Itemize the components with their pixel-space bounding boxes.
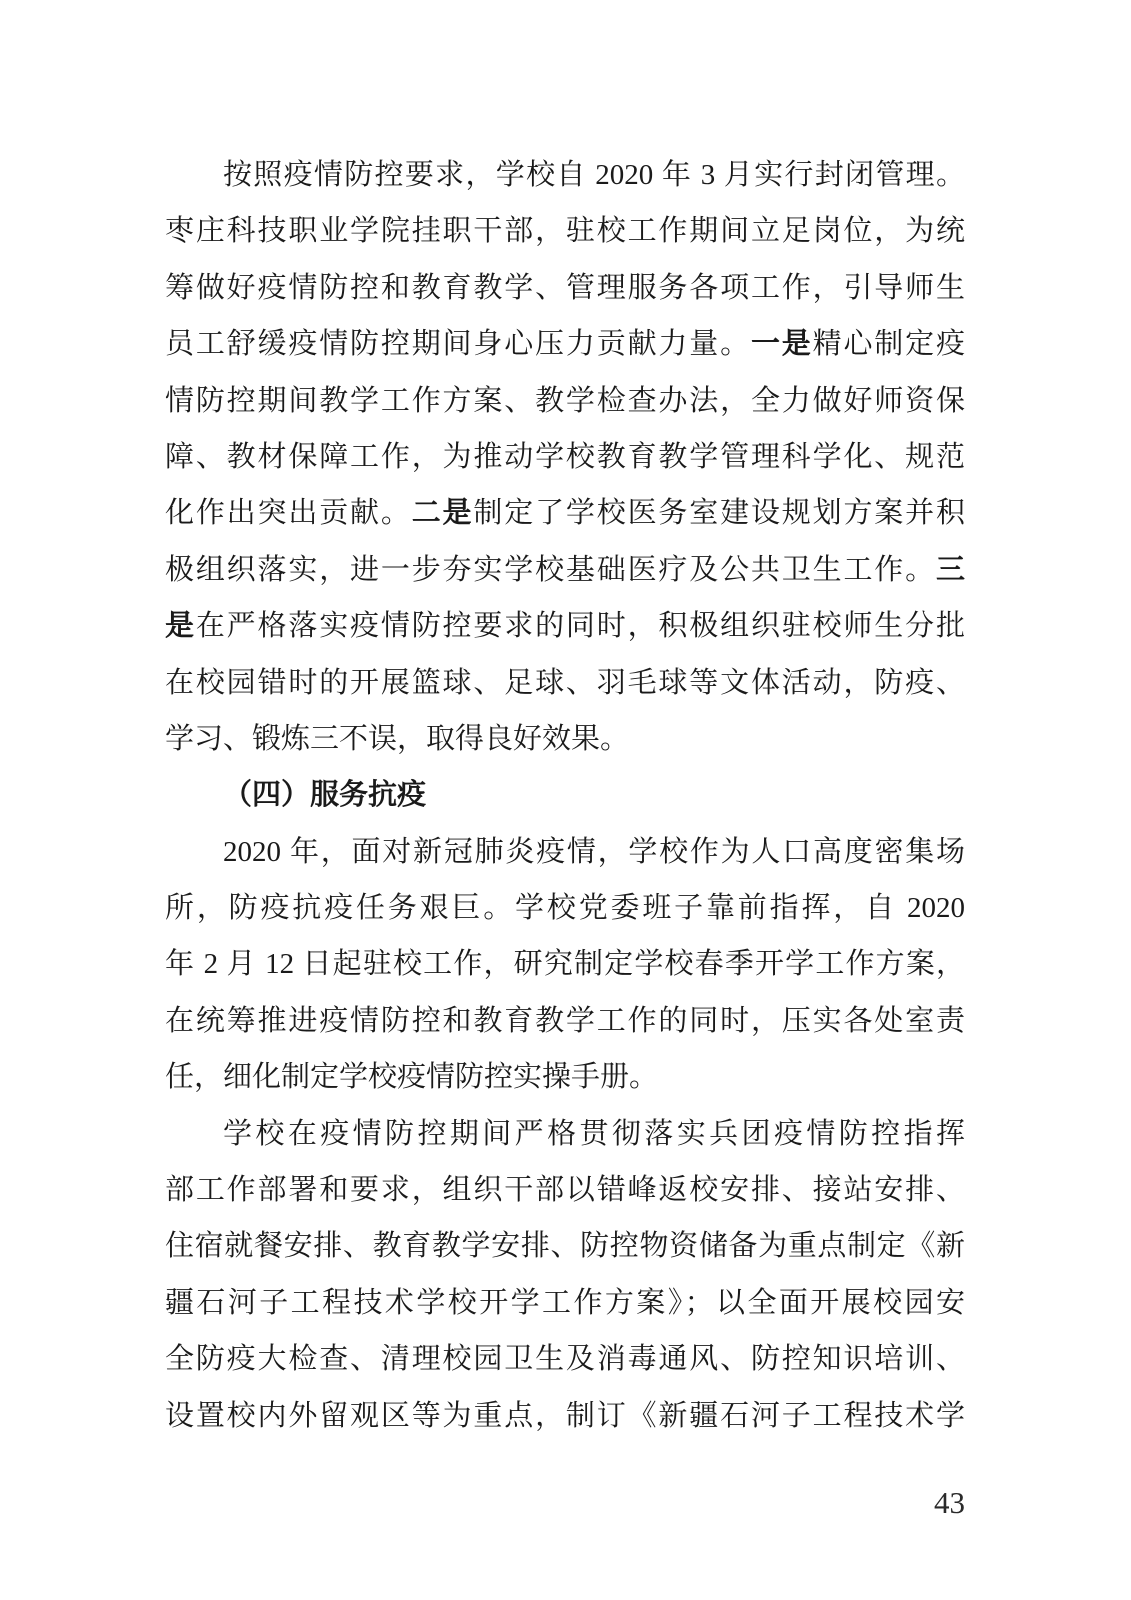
text-segment: 2020 年，面对新冠肺炎疫情，学校作为人口高度密集场 <box>223 836 965 868</box>
text-segment: 情防控期间教学工作方案、教学检查办法，全力做好师资保 <box>165 385 965 417</box>
document-content: 按照疫情防控要求，学校自 2020 年 3 月实行封闭管理。枣庄科技职业学院挂职… <box>165 147 965 1444</box>
text-segment: 疆石河子工程技术学校开学工作方案》；以全面开展校园安 <box>165 1287 965 1319</box>
text-segment: 制定了学校医务室建设规划方案并积 <box>473 497 965 529</box>
text-segment: 枣庄科技职业学院挂职干部，驻校工作期间立足岗位，为统 <box>165 215 965 247</box>
text-line: 在统筹推进疫情防控和教育教学工作的同时，压实各处室责 <box>165 993 965 1049</box>
text-line: 在校园错时的开展篮球、足球、羽毛球等文体活动，防疫、 <box>165 655 965 711</box>
text-line: 全防疫大检查、清理校园卫生及消毒通风、防控知识培训、 <box>165 1331 965 1387</box>
text-segment: 在严格落实疫情防控要求的同时，积极组织驻校师生分批 <box>196 610 965 642</box>
text-line: 所，防疫抗疫任务艰巨。学校党委班子靠前指挥，自 2020 <box>165 880 965 936</box>
page-number: 43 <box>895 1486 965 1520</box>
text-line: 化作出突出贡献。二是制定了学校医务室建设规划方案并积 <box>165 485 965 541</box>
text-segment: 在校园错时的开展篮球、足球、羽毛球等文体活动，防疫、 <box>165 667 965 699</box>
text-segment: 所，防疫抗疫任务艰巨。学校党委班子靠前指挥，自 2020 <box>165 892 965 924</box>
document-page: 按照疫情防控要求，学校自 2020 年 3 月实行封闭管理。枣庄科技职业学院挂职… <box>0 0 1131 1600</box>
text-line: 障、教材保障工作，为推动学校教育教学管理科学化、规范 <box>165 429 965 485</box>
text-line: 员工舒缓疫情防控期间身心压力贡献力量。一是精心制定疫 <box>165 316 965 372</box>
text-segment: 筹做好疫情防控和教育教学、管理服务各项工作，引导师生 <box>165 272 965 304</box>
text-line: 筹做好疫情防控和教育教学、管理服务各项工作，引导师生 <box>165 260 965 316</box>
text-segment: 住宿就餐安排、教育教学安排、防控物资储备为重点制定《新 <box>165 1230 965 1262</box>
text-line: 2020 年，面对新冠肺炎疫情，学校作为人口高度密集场 <box>165 824 965 880</box>
text-segment: 设置校内外留观区等为重点，制订《新疆石河子工程技术学 <box>165 1400 965 1432</box>
paragraph-3: 2020 年，面对新冠肺炎疫情，学校作为人口高度密集场所，防疫抗疫任务艰巨。学校… <box>165 824 965 1106</box>
text-segment: 任，细化制定学校疫情防控实操手册。 <box>165 1061 658 1093</box>
text-segment: 部工作部署和要求，组织干部以错峰返校安排、接站安排、 <box>165 1174 965 1206</box>
emphasis-text: 一是 <box>751 328 813 360</box>
emphasis-text: 三 <box>936 554 965 586</box>
text-line: 枣庄科技职业学院挂职干部，驻校工作期间立足岗位，为统 <box>165 203 965 259</box>
text-segment: 在统筹推进疫情防控和教育教学工作的同时，压实各处室责 <box>165 1005 965 1037</box>
text-segment: 年 2 月 12 日起驻校工作，研究制定学校春季开学工作方案， <box>165 948 965 980</box>
heading-2: （四）服务抗疫 <box>165 767 965 823</box>
text-line: 是在严格落实疫情防控要求的同时，积极组织驻校师生分批 <box>165 598 965 654</box>
emphasis-text: 是 <box>165 610 196 642</box>
text-line: 住宿就餐安排、教育教学安排、防控物资储备为重点制定《新 <box>165 1218 965 1274</box>
text-segment: 化作出突出贡献。 <box>165 497 412 529</box>
emphasis-text: （四）服务抗疫 <box>223 779 426 811</box>
text-segment: 障、教材保障工作，为推动学校教育教学管理科学化、规范 <box>165 441 965 473</box>
text-segment: 按照疫情防控要求，学校自 2020 年 3 月实行封闭管理。 <box>223 159 965 191</box>
text-line: 学习、锻炼三不误，取得良好效果。 <box>165 711 965 767</box>
text-line: 极组织落实，进一步夯实学校基础医疗及公共卫生工作。三 <box>165 542 965 598</box>
text-segment: 精心制定疫 <box>813 328 965 360</box>
text-line: 设置校内外留观区等为重点，制订《新疆石河子工程技术学 <box>165 1388 965 1444</box>
text-line: 疆石河子工程技术学校开学工作方案》；以全面开展校园安 <box>165 1275 965 1331</box>
text-segment: 全防疫大检查、清理校园卫生及消毒通风、防控知识培训、 <box>165 1343 965 1375</box>
emphasis-text: 二是 <box>412 497 474 529</box>
text-segment: 极组织落实，进一步夯实学校基础医疗及公共卫生工作。 <box>165 554 936 586</box>
text-line: 任，细化制定学校疫情防控实操手册。 <box>165 1049 965 1105</box>
text-segment: 学习、锻炼三不误，取得良好效果。 <box>165 723 629 755</box>
text-line: 情防控期间教学工作方案、教学检查办法，全力做好师资保 <box>165 373 965 429</box>
text-line: 学校在疫情防控期间严格贯彻落实兵团疫情防控指挥 <box>165 1106 965 1162</box>
paragraph-4: 学校在疫情防控期间严格贯彻落实兵团疫情防控指挥部工作部署和要求，组织干部以错峰返… <box>165 1106 965 1444</box>
text-line: 年 2 月 12 日起驻校工作，研究制定学校春季开学工作方案， <box>165 936 965 992</box>
section-heading-line: （四）服务抗疫 <box>165 767 965 823</box>
text-segment: 学校在疫情防控期间严格贯彻落实兵团疫情防控指挥 <box>223 1118 965 1150</box>
paragraph-1: 按照疫情防控要求，学校自 2020 年 3 月实行封闭管理。枣庄科技职业学院挂职… <box>165 147 965 767</box>
text-line: 部工作部署和要求，组织干部以错峰返校安排、接站安排、 <box>165 1162 965 1218</box>
text-segment: 员工舒缓疫情防控期间身心压力贡献力量。 <box>165 328 751 360</box>
text-line: 按照疫情防控要求，学校自 2020 年 3 月实行封闭管理。 <box>165 147 965 203</box>
